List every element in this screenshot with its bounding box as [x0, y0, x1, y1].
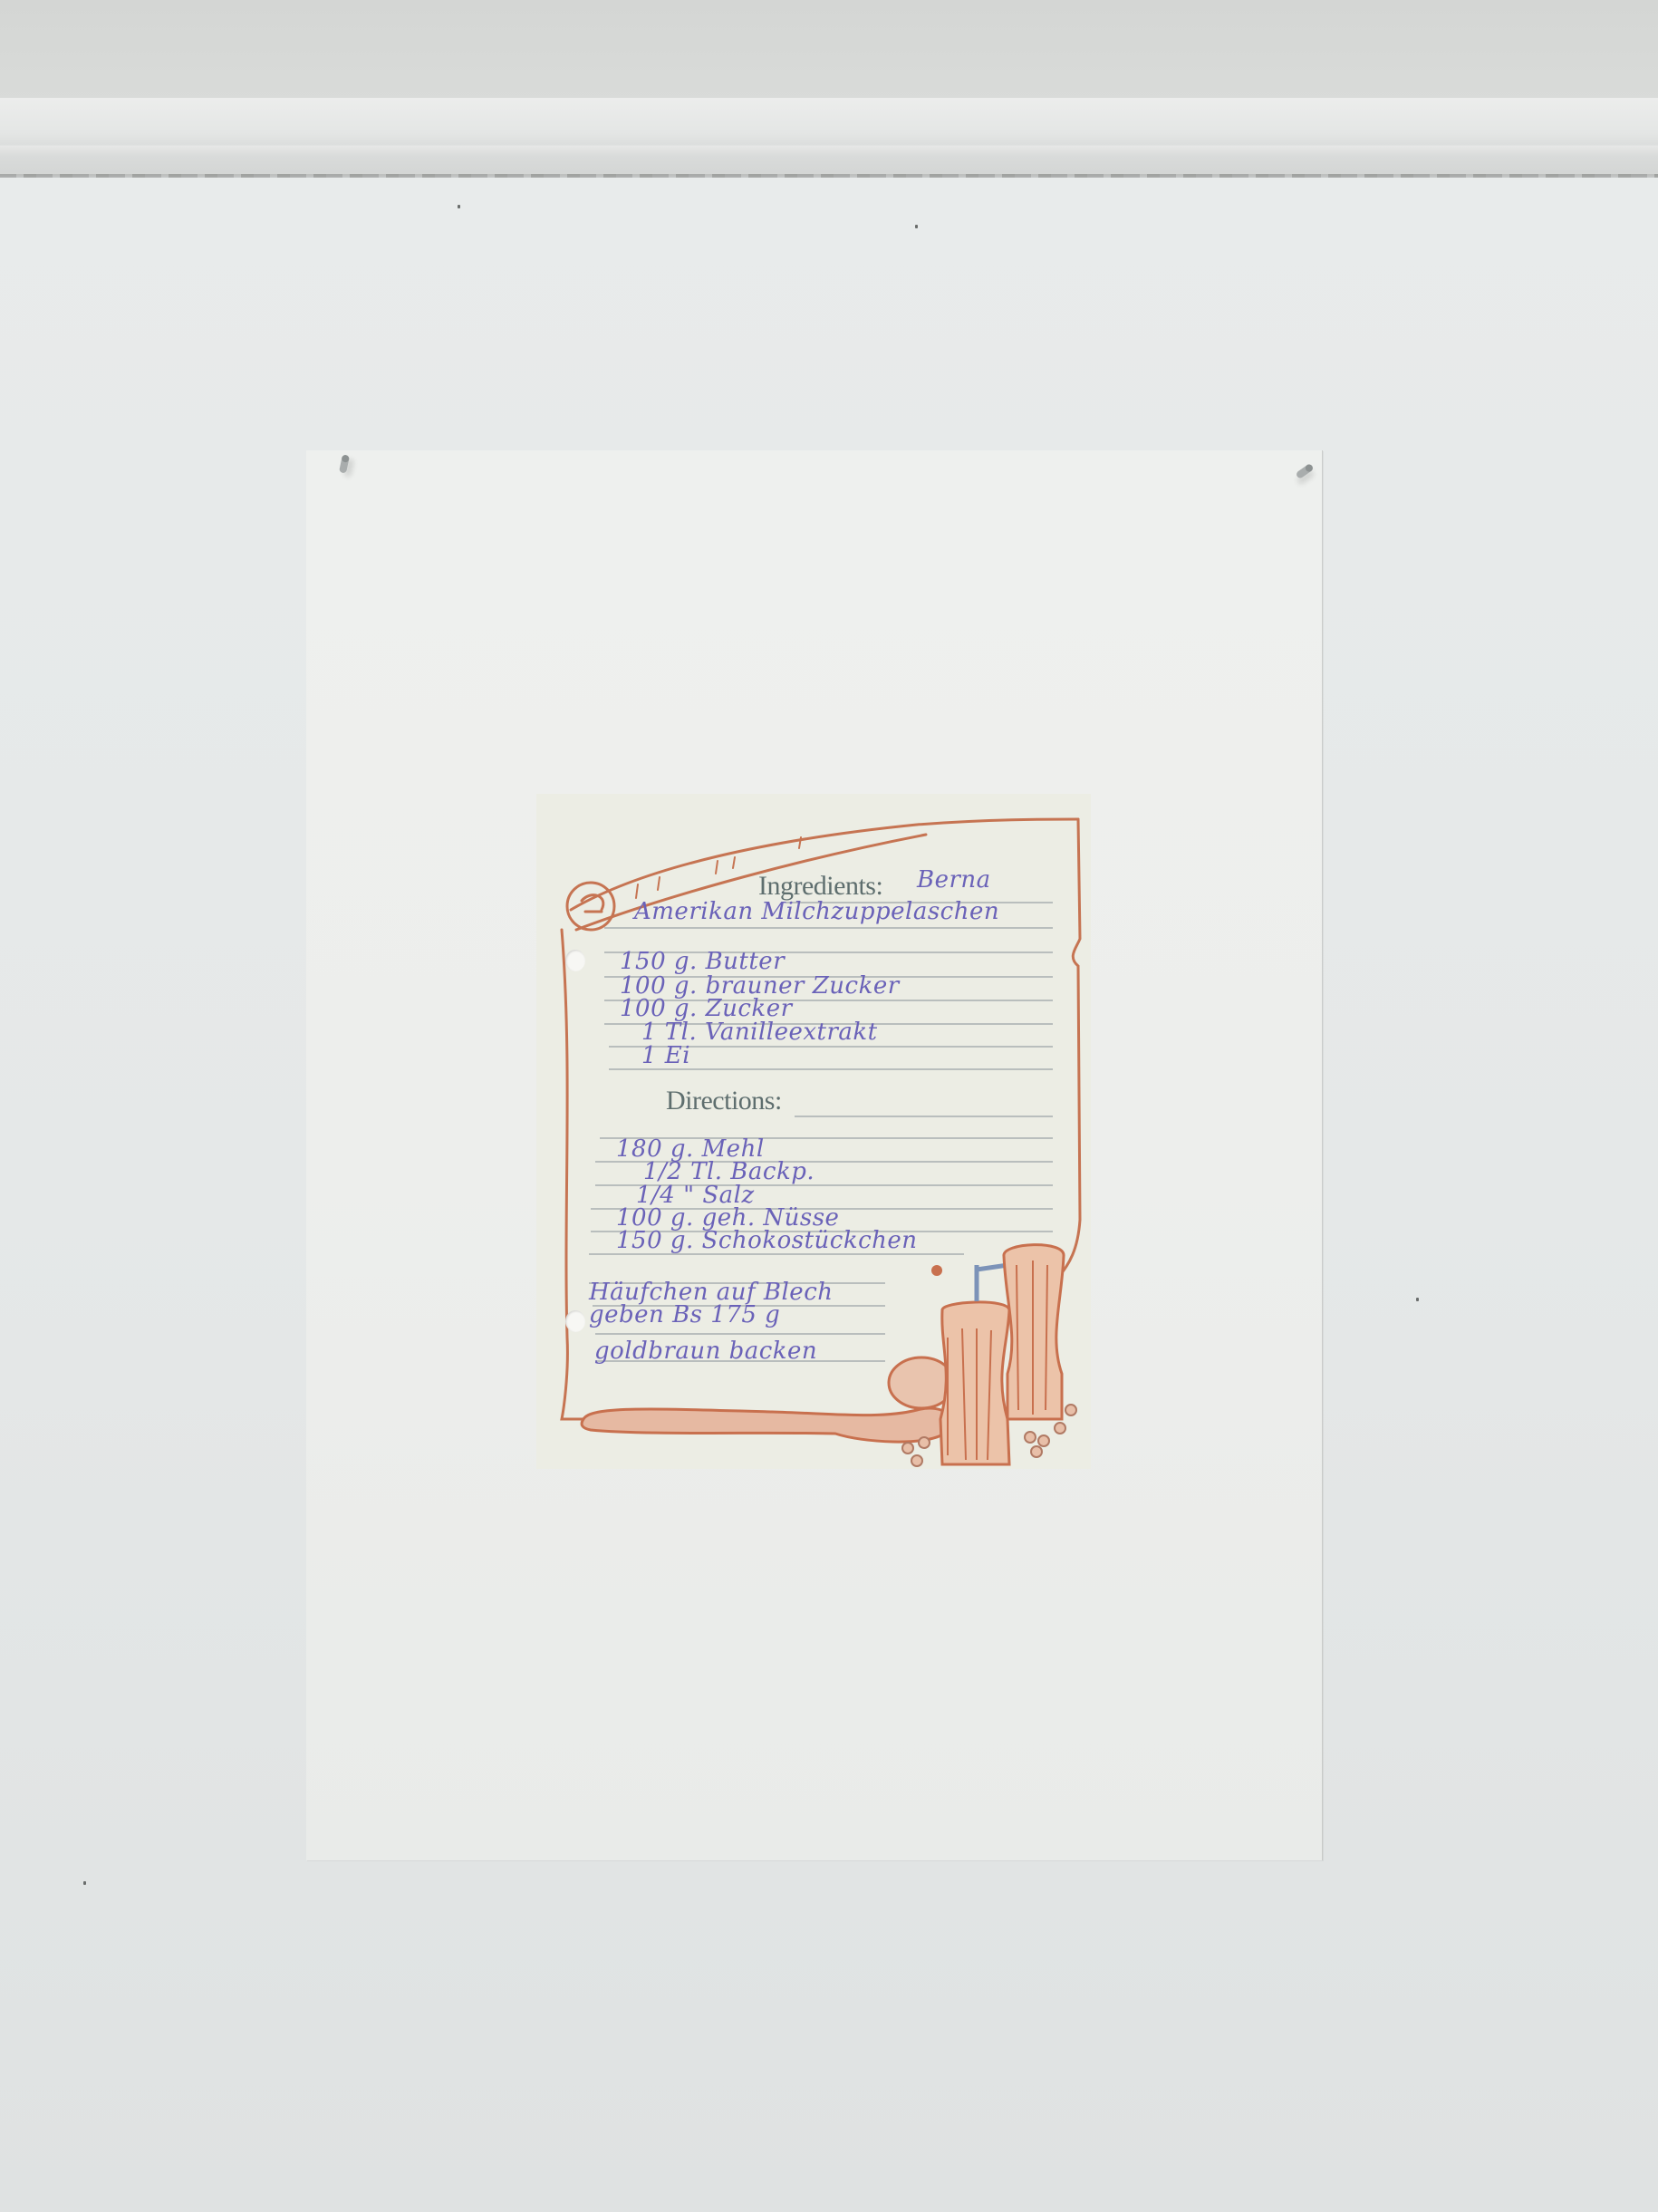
- directions-label: Directions:: [666, 1086, 782, 1116]
- punch-hole: [565, 950, 585, 971]
- recipe-name: Amerikan Milchzuppelaschen: [634, 898, 999, 925]
- crown-molding: [0, 98, 1658, 176]
- note-line: goldbraun backen: [594, 1338, 817, 1365]
- note-line: geben Bs 175 g: [589, 1301, 780, 1328]
- ceiling: [0, 0, 1658, 101]
- paper-edge: [1322, 450, 1323, 1860]
- wall-speck: [458, 205, 460, 208]
- ingredients-label: Ingredients:: [758, 871, 882, 902]
- ingredient-line: 1 Ei: [641, 1042, 690, 1069]
- ingredient-line: 150 g. Butter: [620, 948, 785, 975]
- recipe-card: Ingredients: Berna Amerikan Milchzuppela…: [536, 794, 1091, 1469]
- wall-speck: [915, 225, 918, 228]
- punch-hole: [565, 1310, 585, 1332]
- direction-line: 150 g. Schokostückchen: [616, 1227, 918, 1254]
- wall-speck: [83, 1881, 86, 1885]
- wall-speck: [1416, 1298, 1419, 1301]
- recipe-author: Berna: [917, 866, 991, 893]
